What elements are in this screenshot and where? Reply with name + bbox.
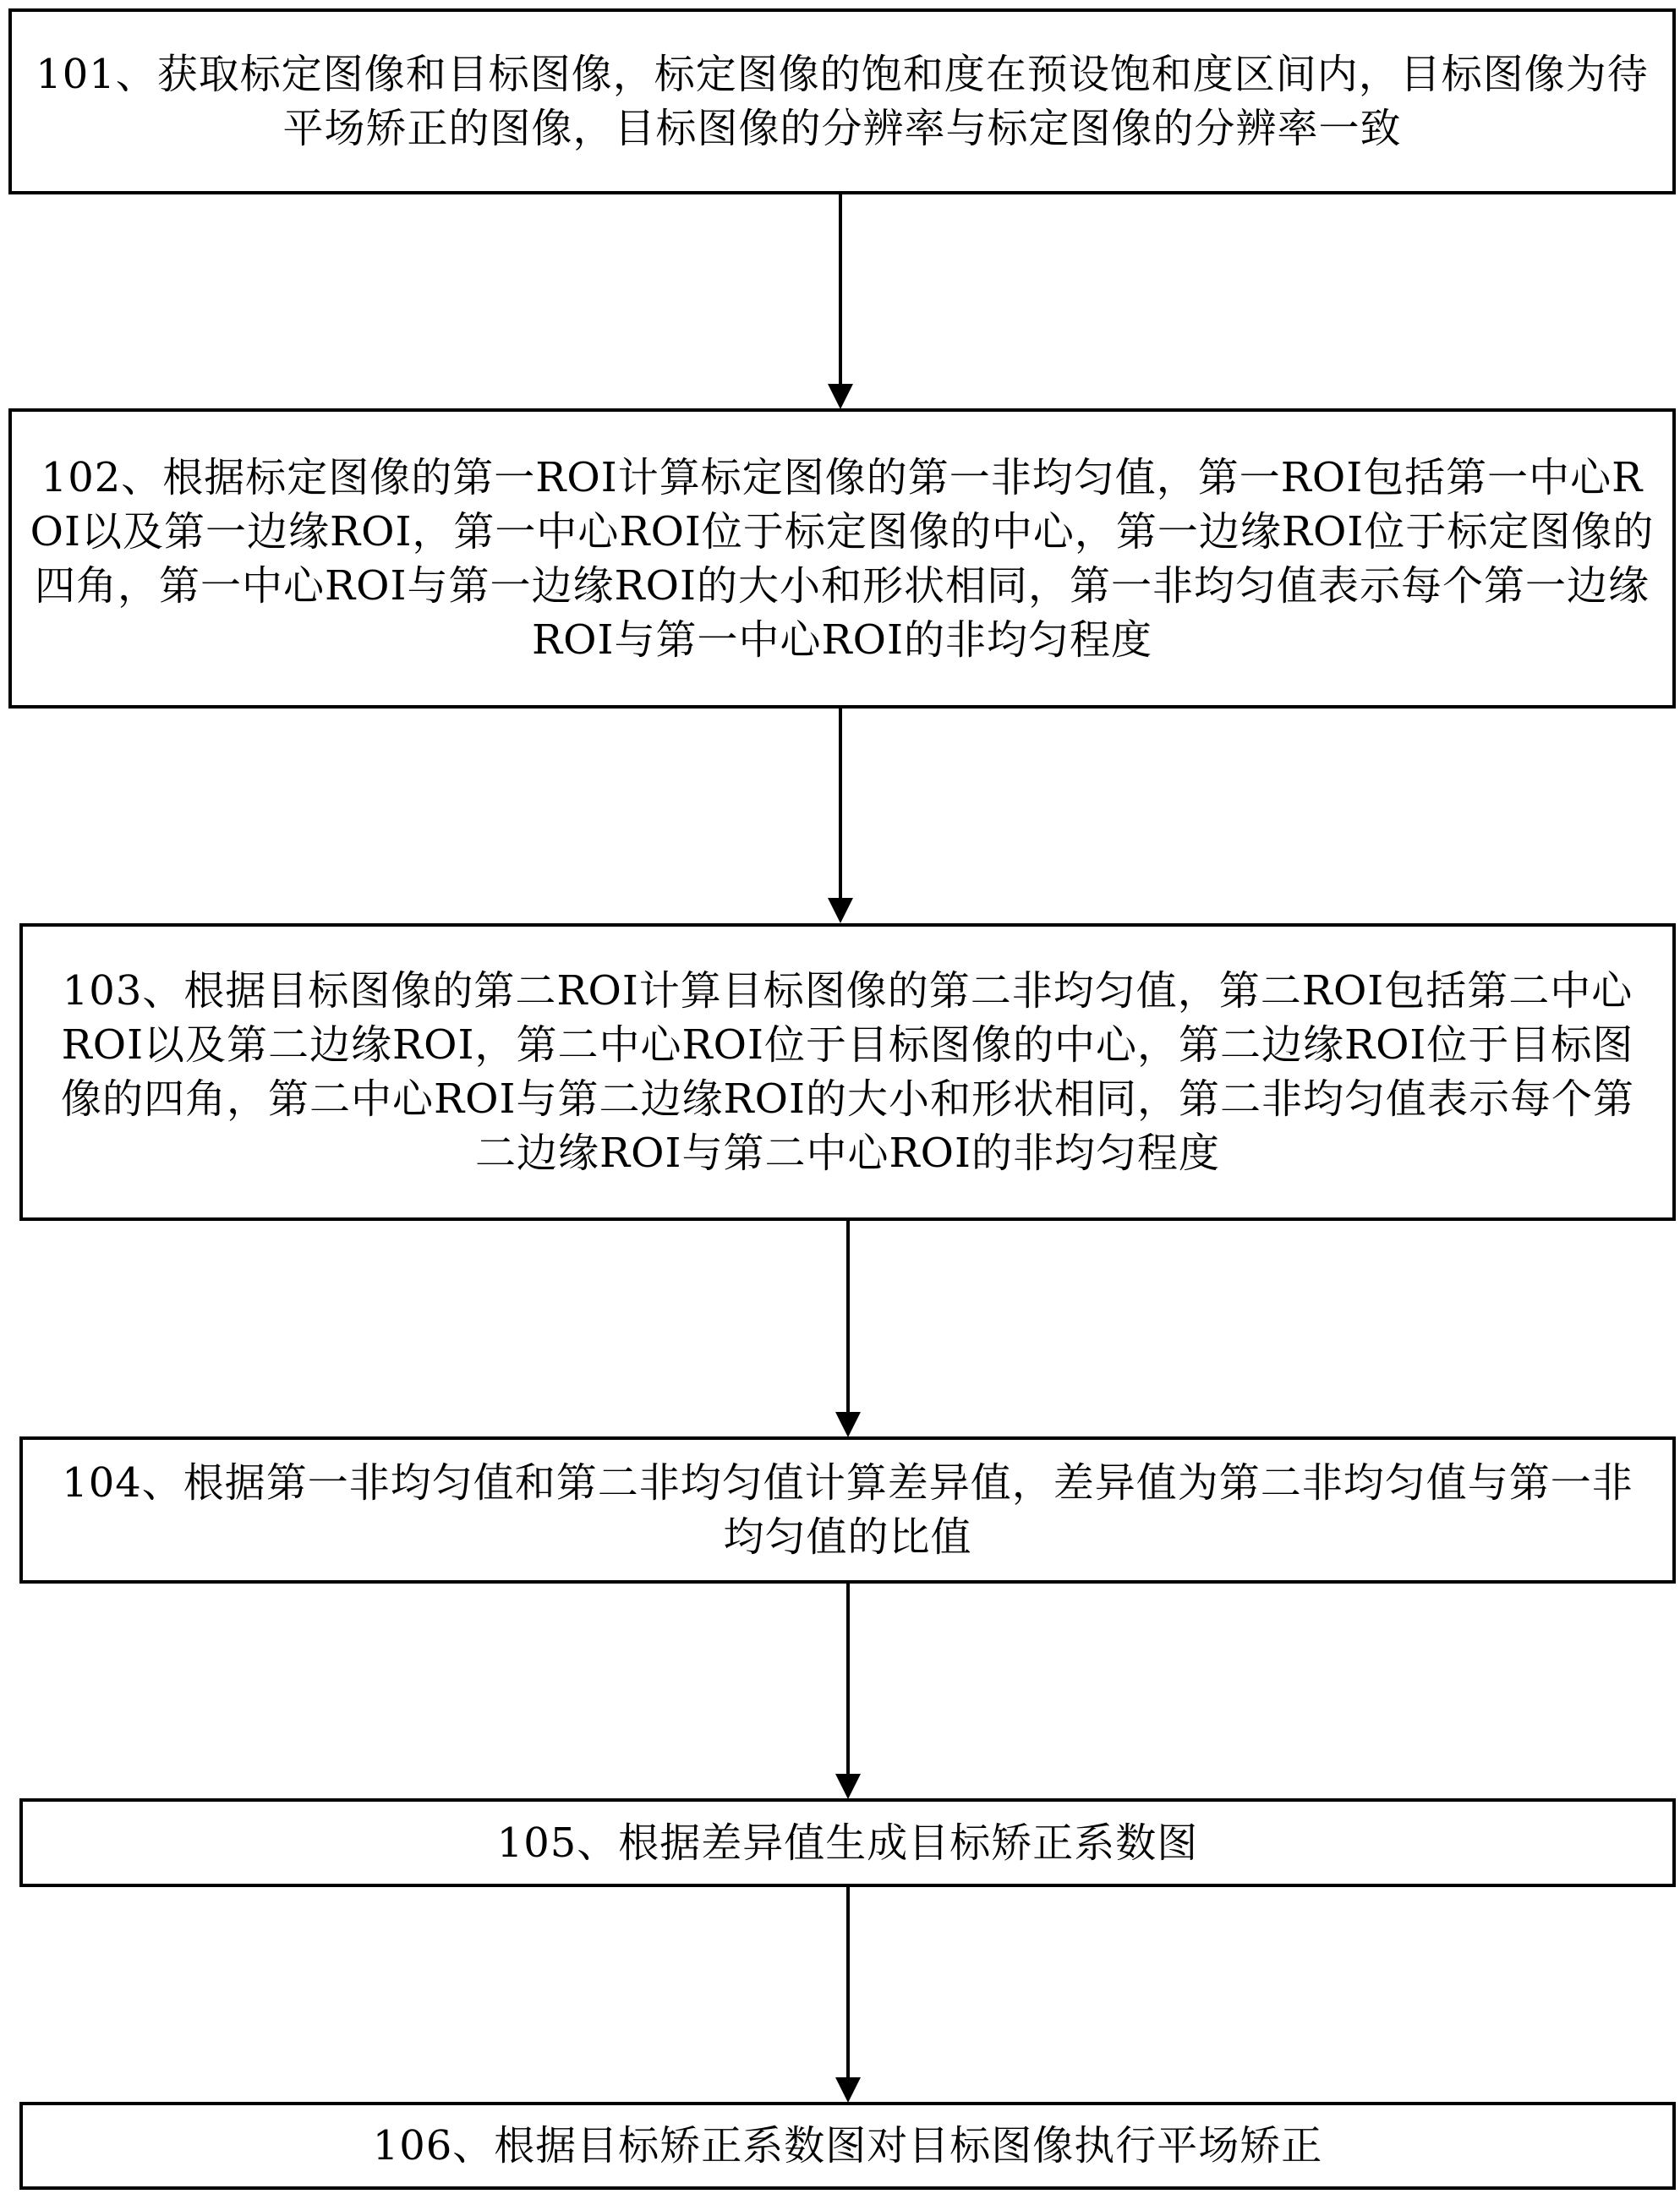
arrowhead-icon xyxy=(828,898,853,923)
arrowhead-icon xyxy=(835,2077,861,2103)
arrowhead-icon xyxy=(835,1412,861,1437)
step-104-text: 104、根据第一非均匀值和第二非均匀值计算差异值，差异值为第二非均匀值与第一非均… xyxy=(35,1456,1661,1564)
step-103-text: 103、根据目标图像的第二ROI计算目标图像的第二非均匀值，第二ROI包括第二中… xyxy=(35,964,1661,1180)
step-106-box: 106、根据目标矫正系数图对目标图像执行平场矫正 xyxy=(19,2102,1676,2190)
connector-line xyxy=(846,1887,850,2078)
arrowhead-icon xyxy=(828,384,853,409)
step-104-box: 104、根据第一非均匀值和第二非均匀值计算差异值，差异值为第二非均匀值与第一非均… xyxy=(19,1436,1676,1584)
step-102-box: 102、根据标定图像的第一ROI计算标定图像的第一非均匀值，第一ROI包括第一中… xyxy=(8,408,1676,709)
step-101-text: 101、获取标定图像和目标图像，标定图像的饱和度在预设饱和度区间内，目标图像为待… xyxy=(24,47,1661,156)
step-105-text: 105、根据差异值生成目标矫正系数图 xyxy=(35,1816,1661,1870)
connector-line xyxy=(839,709,842,898)
connector-line xyxy=(846,1584,850,1775)
step-103-box: 103、根据目标图像的第二ROI计算目标图像的第二非均匀值，第二ROI包括第二中… xyxy=(19,923,1676,1221)
step-105-box: 105、根据差异值生成目标矫正系数图 xyxy=(19,1798,1676,1887)
step-102-text: 102、根据标定图像的第一ROI计算标定图像的第一非均匀值，第一ROI包括第一中… xyxy=(24,451,1661,667)
arrowhead-icon xyxy=(835,1774,861,1799)
step-101-box: 101、获取标定图像和目标图像，标定图像的饱和度在预设饱和度区间内，目标图像为待… xyxy=(8,8,1676,194)
connector-line xyxy=(846,1221,850,1414)
connector-line xyxy=(839,194,842,386)
step-106-text: 106、根据目标矫正系数图对目标图像执行平场矫正 xyxy=(35,2119,1661,2173)
